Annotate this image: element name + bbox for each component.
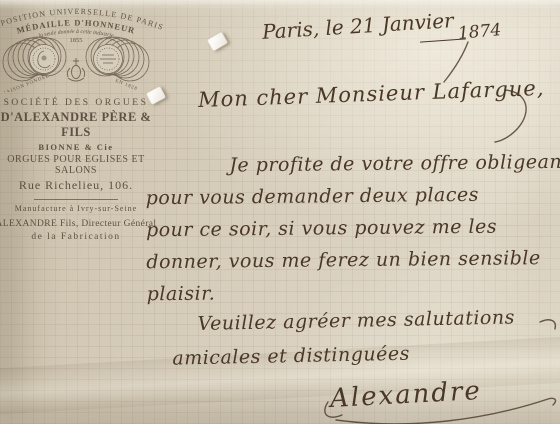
letterhead-director-line: ALEXANDRE Fils, Directeur Général [0, 219, 166, 229]
letterhead-factory-line: Manufacture à Ivry-sur-Seine [0, 204, 166, 213]
body-line: donner, vous me ferez un bien sensible [146, 242, 560, 279]
body-line: pour vous demander deux places [146, 178, 560, 215]
letter-closing: Veuillez agréer mes salutations amicales… [171, 300, 516, 375]
crest-icon [67, 58, 84, 81]
letterhead-alexandre-line: D'ALEXANDRE PÈRE & FILS [0, 110, 166, 140]
letterhead-divider [34, 199, 118, 200]
letterhead-medal-year: 1855 [70, 37, 83, 44]
medals-emblem: EXPOSITION UNIVERSELLE DE PARIS MÉDAILLE… [0, 2, 166, 92]
body-line: Je profite de votre offre obligeante [145, 146, 560, 183]
closing-line: Veuillez agréer mes salutations [171, 300, 515, 341]
left-medal-icon [3, 37, 66, 81]
body-line: pour ce soir, si vous pouvez me les [146, 210, 560, 247]
letter-body: Je profite de votre offre obligeante pou… [145, 146, 560, 311]
letterhead-products-line: ORGUES POUR EGLISES ET SALONS [0, 154, 166, 176]
letterhead: EXPOSITION UNIVERSELLE DE PARIS MÉDAILLE… [0, 2, 166, 242]
letterhead-fabrication-line: de la Fabrication [0, 232, 166, 242]
closing-line: amicales et distinguées [172, 334, 516, 375]
right-medal-icon [86, 37, 149, 81]
letterhead-company-name: SOCIÉTÉ DES ORGUES [0, 98, 166, 108]
dateline-year: 1874 [457, 20, 502, 44]
letterhead-bionne-line: BIONNE & Cie [0, 142, 166, 152]
letterhead-address: Rue Richelieu, 106. [0, 178, 166, 193]
